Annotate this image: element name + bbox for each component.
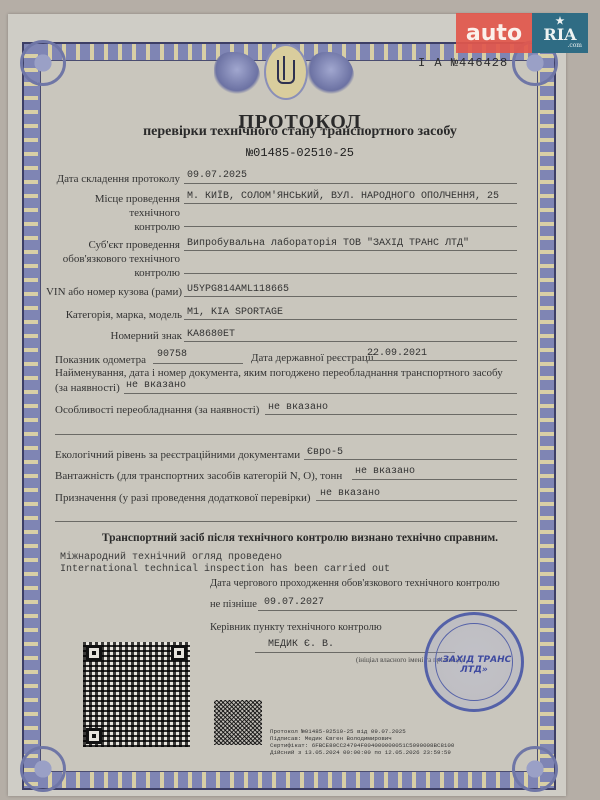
trident-icon	[277, 60, 295, 84]
underline	[258, 610, 517, 611]
inspection-subject-label-text: Суб'єкт проведення обов'язкового технічн…	[60, 238, 180, 280]
esignature-line2: Підписав: Медик Євген Володимирович	[270, 735, 392, 742]
conversion-doc-value: не вказано	[126, 380, 186, 391]
official-stamp: «ЗАХІД ТРАНС ЛТД»	[424, 612, 524, 712]
logo-ria: ★ RIA .com	[532, 13, 588, 53]
emblem-block	[214, 44, 354, 104]
corner-ornament-icon	[20, 40, 66, 86]
odometer-value: 90758	[157, 349, 187, 360]
underline	[184, 273, 517, 274]
esignature-line4: Дійсний з 13.05.2024 00:00:00 по 12.05.2…	[270, 749, 451, 756]
underline	[265, 414, 517, 415]
underline	[184, 319, 517, 320]
form-serial-number: І А №446428	[418, 56, 508, 70]
underline	[184, 183, 517, 184]
datamatrix-code	[214, 700, 262, 745]
vin-value: U5YPG814AML118665	[187, 284, 289, 295]
underline	[184, 341, 517, 342]
underline	[124, 393, 517, 394]
underline	[184, 226, 517, 227]
inspection-subject-label: Суб'єкт проведення обов'язкового технічн…	[30, 238, 180, 280]
ornament-left-icon	[214, 52, 260, 96]
esignature-line3: Сертифікат: 6FBCE80CC24794F004000000051C…	[270, 742, 454, 749]
underline	[316, 500, 517, 501]
odometer-label: Показник одометра	[55, 353, 146, 367]
head-label: Керівник пункту технічного контролю	[210, 621, 382, 635]
next-inspection-date: 09.07.2027	[264, 597, 324, 608]
plate-value: KA8680ET	[187, 329, 235, 340]
protocol-date-label: Дата складення протоколу	[30, 172, 180, 186]
inspection-subject-value: Випробувальна лабораторія ТОВ "ЗАХІД ТРА…	[187, 238, 469, 249]
esignature-line1: Протокол №01485-02510-25 від 09.07.2025	[270, 728, 406, 735]
intl-inspection-en: International technical inspection has b…	[60, 564, 390, 575]
logo-auto: auto	[456, 13, 532, 53]
underline	[55, 521, 517, 522]
conversion-doc-label-suffix: (за наявності)	[55, 381, 120, 395]
category-value: M1, KIA SPORTAGE	[187, 307, 283, 318]
eco-level-value: Євро-5	[307, 447, 343, 458]
corner-ornament-icon	[512, 746, 558, 792]
load-capacity-label: Вантажність (для транспортних засобів ка…	[55, 469, 342, 483]
verdict-text: Транспортний засіб після технічного конт…	[0, 532, 600, 544]
qr-code	[83, 642, 190, 747]
underline	[352, 479, 517, 480]
load-capacity-value: не вказано	[355, 466, 415, 477]
protocol-date-value: 09.07.2025	[187, 170, 247, 181]
autoria-watermark: auto ★ RIA .com	[456, 13, 588, 53]
logo-dotcom: .com	[567, 43, 582, 49]
qr-finder-icon	[171, 645, 187, 661]
next-inspection-label: Дата чергового проходження обов'язкового…	[210, 577, 500, 591]
underline	[365, 360, 517, 361]
purpose-value: не вказано	[320, 488, 380, 499]
head-name: МЕДИК Є. В.	[268, 639, 334, 650]
inspection-place-label-text: Місце проведення технічного контролю	[82, 192, 180, 234]
corner-ornament-icon	[20, 746, 66, 792]
registration-date-label: Дата державної реєстрації	[251, 351, 374, 365]
underline	[184, 296, 517, 297]
intl-inspection-ua: Міжнародний технічний огляд проведено	[60, 552, 282, 563]
underline	[55, 434, 517, 435]
inspection-place-value: М. КИЇВ, СОЛОМ'ЯНСЬКИЙ, ВУЛ. НАРОДНОГО О…	[187, 191, 499, 202]
plate-label: Номерний знак	[30, 329, 182, 343]
underline	[153, 363, 243, 364]
registration-date-value: 22.09.2021	[367, 348, 427, 359]
next-inspection-prefix: не пізніше	[210, 598, 257, 612]
conversion-features-value: не вказано	[268, 402, 328, 413]
eco-level-label: Екологічний рівень за реєстраційними док…	[55, 448, 300, 462]
ornament-right-icon	[308, 52, 354, 96]
conversion-features-label: Особливості переобладнання (за наявності…	[55, 403, 259, 417]
qr-finder-icon	[86, 728, 102, 744]
qr-finder-icon	[86, 645, 102, 661]
logo-ria-text: RIA	[543, 27, 576, 43]
vin-label: VIN або номер кузова (рами)	[30, 285, 182, 299]
protocol-number: №01485-02510-25	[0, 146, 600, 160]
conversion-doc-label: Найменування, дата і номер документа, як…	[55, 366, 503, 380]
inspection-place-label: Місце проведення технічного контролю	[30, 192, 180, 234]
purpose-label: Призначення (у разі проведення додатково…	[55, 491, 311, 505]
underline	[304, 459, 517, 460]
category-label: Категорія, марка, модель	[30, 308, 182, 322]
document-subtitle: перевірки технічного стану транспортного…	[0, 124, 600, 140]
underline	[184, 203, 517, 204]
trident-coat-of-arms-icon	[264, 44, 308, 100]
stamp-text: «ЗАХІД ТРАНС ЛТД»	[427, 655, 521, 675]
underline	[184, 250, 517, 251]
